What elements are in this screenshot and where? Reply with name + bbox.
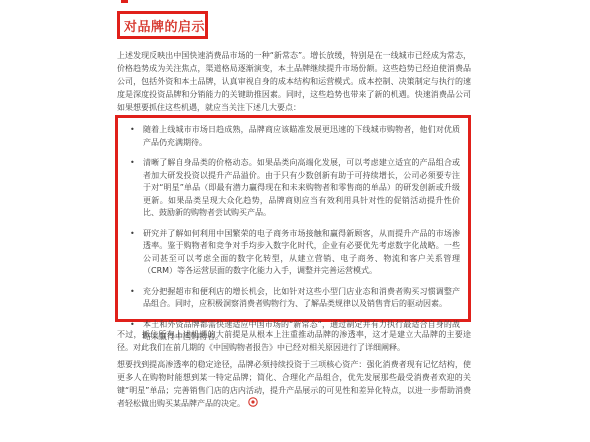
key-points-list: 随着上线城市市场日趋成熟，品牌商应该瞄准发展更迅速的下线城市购物者，他们对优质产…: [118, 124, 460, 344]
key-point-item: 随着上线城市市场日趋成熟，品牌商应该瞄准发展更迅速的下线城市购物者，他们对优质产…: [143, 124, 460, 149]
document-page: 对品牌的启示 上述发现反映出中国快速消费品市场的一种“新常态”。增长放缓，特别是…: [0, 0, 590, 442]
closing-paragraph-2-text: 想要找到提高渗透率的稳定途径，品牌必须持续投资于三项核心资产：强化消费者现有记忆…: [117, 360, 471, 408]
article-end-circle-icon: [248, 397, 258, 407]
section-title-box: 对品牌的启示: [117, 11, 208, 39]
closing-paragraph-1: 不过，抓住所有上述机遇的大前提是从根本上注重推动品牌的渗透率，这才是建立大品牌的…: [117, 328, 471, 354]
key-point-item: 研究并了解如何利用中国繁荣的电子商务市场接触和赢得新顾客，从而提升产品的市场渗透…: [143, 228, 460, 278]
closing-paragraph-2: 想要找到提高渗透率的稳定途径，品牌必须持续投资于三项核心资产：强化消费者现有记忆…: [117, 358, 471, 410]
page-title: 对品牌的启示: [124, 16, 205, 35]
key-point-item: 充分把握超市和便利店的增长机会，比如针对这些小型门店业态和消费者购买习惯调整产品…: [143, 286, 460, 311]
key-points-highlight-box: 随着上线城市市场日趋成熟，品牌商应该瞄准发展更迅速的下线城市购物者，他们对优质产…: [115, 115, 471, 322]
red-edge-artifact: [121, 0, 128, 3]
intro-paragraph: 上述发现反映出中国快速消费品市场的一种“新常态”。增长放缓，特别是在一线城市已经…: [117, 49, 471, 114]
key-point-item: 清晰了解自身品类的价格动态。如果品类向高端化发展，可以考虑建立适宜的产品组合或者…: [143, 157, 460, 220]
